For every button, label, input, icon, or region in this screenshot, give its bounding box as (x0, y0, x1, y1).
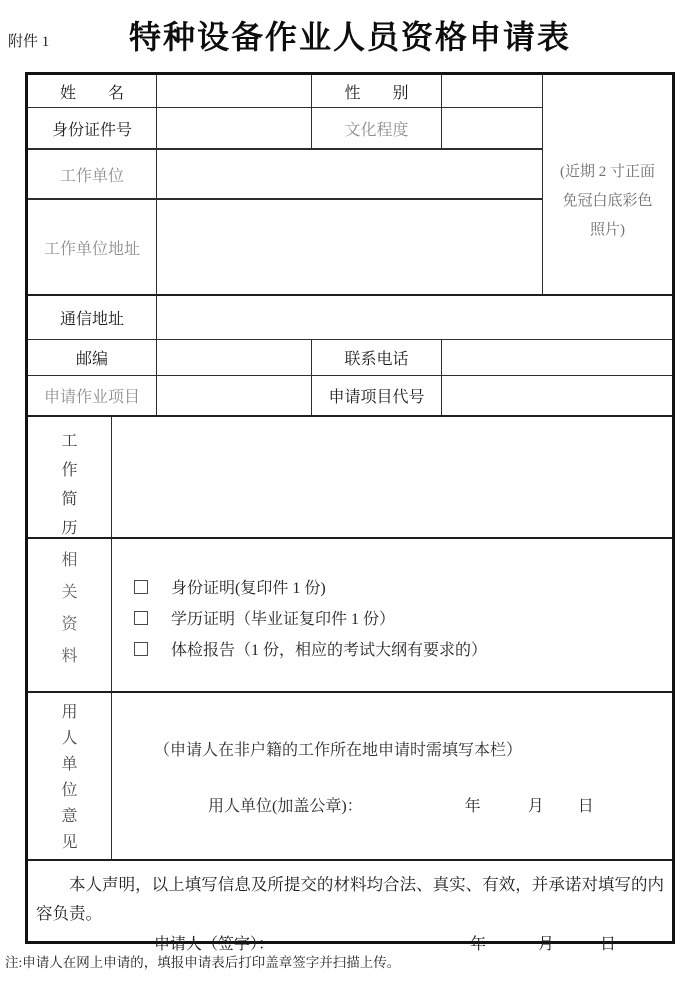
employer-seal-label: 用人单位(加盖公章)： (208, 793, 363, 816)
personal-info-grid: 姓 名 性 别 (近期 2 寸正面 免冠白底彩色 照片) 身份证件号 文化程度 … (28, 75, 672, 296)
name-value-cell (157, 75, 312, 108)
employer-opinion-label-char: 意 (61, 804, 77, 830)
declaration-text: 本人声明，以上填写信息及所提交的材料均合法、真实、有效，并承诺对填写的内容负责。 (36, 870, 664, 928)
gender-label: 性 别 (312, 75, 442, 108)
document-item: 身份证明(复印件 1 份) (112, 571, 672, 602)
employer-opinion-label-char: 人 (61, 726, 77, 752)
work-unit-value-cell (157, 150, 543, 200)
form-title: 特种设备作业人员资格申请表 (0, 12, 700, 58)
day-label: 日 (578, 793, 594, 816)
gender-value-cell (442, 75, 543, 108)
employer-opinion-label-char: 位 (61, 778, 77, 804)
id-number-label: 身份证件号 (28, 108, 157, 150)
photo-note-line: (近期 2 寸正面 (560, 158, 655, 187)
work-resume-label-char: 作 (61, 456, 77, 485)
postal-code-label: 邮编 (28, 340, 157, 375)
related-documents-content-cell: 身份证明(复印件 1 份) 学历证明（毕业证复印件 1 份） 体检报告（1 份，… (112, 539, 672, 691)
work-resume-label: 工 作 简 历 (28, 417, 112, 537)
mailing-address-row: 通信地址 (28, 296, 672, 340)
month-label: 月 (528, 793, 544, 816)
mailing-address-label: 通信地址 (28, 296, 157, 339)
document-item-label: 体检报告（1 份，相应的考试大纲有要求的） (171, 637, 487, 660)
work-unit-address-label: 工作单位地址 (28, 200, 157, 294)
employer-opinion-label: 用 人 单 位 意 见 (28, 693, 112, 859)
related-documents-label-char: 资 (61, 609, 77, 641)
work-unit-address-value-cell (157, 200, 543, 294)
year-label: 年 (470, 931, 486, 954)
checkbox-icon (134, 611, 148, 625)
document-item: 体检报告（1 份，相应的考试大纲有要求的） (112, 633, 672, 664)
work-resume-label-char: 简 (61, 485, 77, 514)
id-number-value-cell (157, 108, 312, 150)
related-documents-label-char: 相 (61, 545, 77, 577)
work-resume-label-char: 工 (61, 427, 77, 456)
postal-code-value-cell (157, 340, 312, 375)
applied-project-value-cell (157, 376, 312, 415)
declaration-section: 本人声明，以上填写信息及所提交的材料均合法、真实、有效，并承诺对填写的内容负责。… (28, 861, 672, 941)
name-label: 姓 名 (28, 75, 157, 108)
year-label: 年 (465, 793, 481, 816)
employer-opinion-label-char: 单 (61, 752, 77, 778)
mailing-address-value-cell (157, 296, 672, 339)
application-form-table: 姓 名 性 别 (近期 2 寸正面 免冠白底彩色 照片) 身份证件号 文化程度 … (25, 72, 675, 944)
project-code-label: 申请项目代号 (312, 376, 442, 415)
employer-opinion-content-cell: （申请人在非户籍的工作所在地申请时需填写本栏） 用人单位(加盖公章)： 年 月 … (112, 693, 672, 859)
day-label: 日 (600, 931, 616, 954)
phone-label: 联系电话 (312, 340, 442, 375)
related-documents-label: 相 关 资 料 (28, 539, 112, 691)
employer-opinion-label-char: 见 (61, 830, 77, 856)
related-documents-label-char: 料 (61, 641, 77, 673)
document-item: 学历证明（毕业证复印件 1 份） (112, 602, 672, 633)
postal-phone-row: 邮编 联系电话 (28, 340, 672, 376)
education-label: 文化程度 (312, 108, 442, 150)
phone-value-cell (442, 340, 672, 375)
document-item-label: 学历证明（毕业证复印件 1 份） (171, 606, 395, 629)
work-resume-content-cell (112, 417, 672, 537)
month-label: 月 (538, 931, 554, 954)
checkbox-icon (134, 580, 148, 594)
work-resume-section: 工 作 简 历 (28, 417, 672, 539)
photo-note-line: 免冠白底彩色 (562, 187, 652, 216)
checkbox-icon (134, 642, 148, 656)
education-value-cell (442, 108, 543, 150)
employer-opinion-label-char: 用 (61, 700, 77, 726)
applied-project-label: 申请作业项目 (28, 376, 157, 415)
footnote: 注:申请人在网上申请的，填报申请表后打印盖章签字并扫描上传。 (5, 951, 400, 971)
project-code-value-cell (442, 376, 672, 415)
project-row: 申请作业项目 申请项目代号 (28, 376, 672, 417)
related-documents-section: 相 关 资 料 身份证明(复印件 1 份) 学历证明（毕业证复印件 1 份） 体… (28, 539, 672, 693)
related-documents-label-char: 关 (61, 577, 77, 609)
employer-seal-line: 用人单位(加盖公章)： 年 月 日 (112, 793, 672, 816)
document-item-label: 身份证明(复印件 1 份) (171, 575, 326, 598)
employer-opinion-section: 用 人 单 位 意 见 （申请人在非户籍的工作所在地申请时需填写本栏） 用人单位… (28, 693, 672, 861)
document-checklist: 身份证明(复印件 1 份) 学历证明（毕业证复印件 1 份） 体检报告（1 份，… (112, 539, 672, 664)
work-unit-label: 工作单位 (28, 150, 157, 200)
photo-note-line: 照片) (590, 216, 625, 245)
photo-area: (近期 2 寸正面 免冠白底彩色 照片) (543, 75, 672, 294)
employer-opinion-note: （申请人在非户籍的工作所在地申请时需填写本栏） (154, 737, 522, 760)
